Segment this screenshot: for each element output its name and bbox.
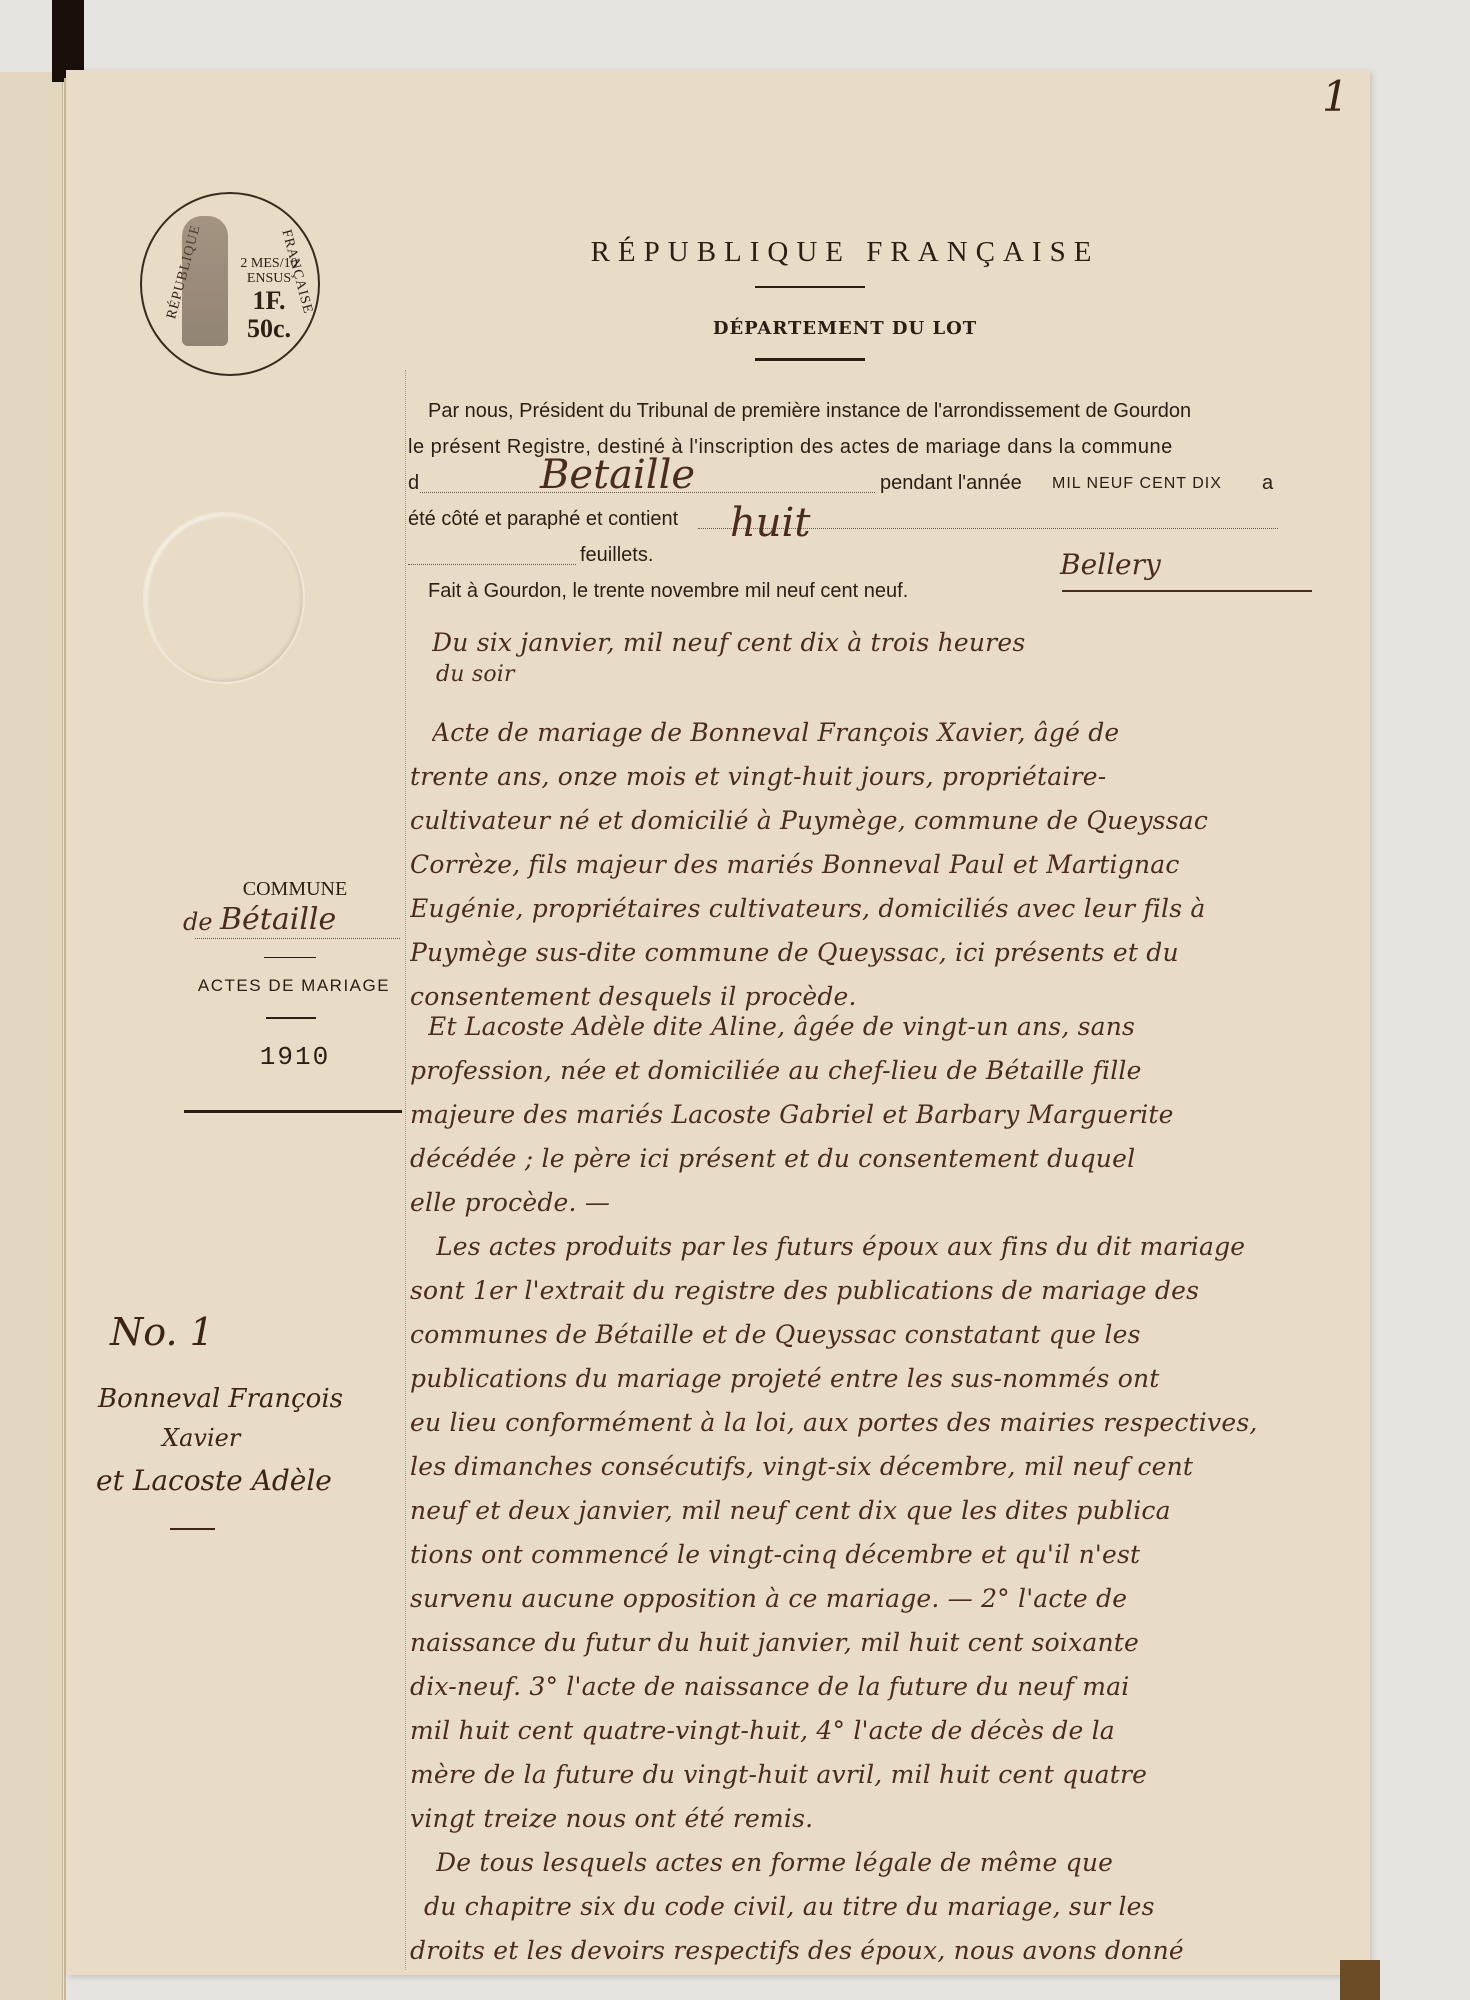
body-line: profession, née et domiciliée au chef-li… (410, 1056, 1350, 1085)
body-line: Acte de mariage de Bonneval François Xav… (432, 718, 1372, 747)
entry-groom-line-1: Bonneval François (98, 1384, 343, 1414)
commune-name-handwritten: Bétaille (220, 902, 336, 937)
body-line: eu lieu conformément à la loi, aux porte… (410, 1408, 1350, 1437)
stamp-value: 2 MES/10 ENSUS 1F. 50c. (238, 256, 300, 344)
stamp-value-mid: ENSUS (238, 271, 300, 286)
facing-left-page (0, 72, 63, 2000)
certification-line-2: le présent Registre, destiné à l'inscrip… (408, 436, 1173, 459)
body-line: trente ans, onze mois et vingt-huit jour… (410, 762, 1350, 791)
body-line: sont 1er l'extrait du registre des publi… (410, 1276, 1350, 1305)
margin-divider-3 (184, 1110, 402, 1113)
body-line: majeure des mariés Lacoste Gabriel et Ba… (410, 1100, 1350, 1129)
body-line: naissance du futur du huit janvier, mil … (410, 1628, 1350, 1657)
sheet-count-handwritten: huit (730, 500, 810, 546)
body-line: Les actes produits par les futurs époux … (436, 1232, 1376, 1261)
body-line: De tous lesquels actes en forme légale d… (436, 1848, 1376, 1877)
body-line: publications du mariage projeté entre le… (410, 1364, 1350, 1393)
entry-underline (170, 1528, 215, 1530)
body-line: Et Lacoste Adèle dite Aline, âgée de vin… (428, 1012, 1368, 1041)
body-line: communes de Bétaille et de Queyssac cons… (410, 1320, 1350, 1349)
body-line: décédée ; le père ici présent et du cons… (410, 1144, 1350, 1173)
certification-line-3-end: a (1262, 472, 1273, 495)
justice-figure-icon (182, 216, 228, 346)
entry-number: No. 1 (110, 1310, 214, 1354)
certification-line-3-prefix: d (408, 472, 419, 495)
body-line: Eugénie, propriétaires cultivateurs, dom… (410, 894, 1350, 923)
margin-divider-1 (264, 957, 316, 958)
body-line: droits et les devoirs respectifs des épo… (410, 1936, 1350, 1965)
certification-line-1: Par nous, Président du Tribunal de premi… (428, 400, 1191, 423)
body-line: vingt treize nous ont été remis. (410, 1804, 1350, 1833)
body-line: cultivateur né et domicilié à Puymège, c… (410, 806, 1350, 835)
president-signature: Bellery (1060, 548, 1161, 581)
body-line: du soir (436, 662, 1376, 687)
commune-handwritten: Betaille (540, 452, 695, 498)
entry-groom-line-2: Xavier (162, 1424, 240, 1452)
margin-rule (405, 370, 407, 1970)
body-line: les dimanches consécutifs, vingt-six déc… (410, 1452, 1350, 1481)
body-line: elle procède. — (410, 1188, 1350, 1217)
body-line: consentement desquels il procède. (410, 982, 1350, 1011)
body-line: du chapitre six du code civil, au titre … (424, 1892, 1364, 1921)
embossed-seal-icon (143, 512, 305, 684)
commune-dotline (195, 938, 400, 939)
stamp-value-top: 2 MES/10 (238, 256, 300, 271)
body-line: Puymège sus-dite commune de Queyssac, ic… (410, 938, 1350, 967)
fiscal-stamp-icon: RÉPUBLIQUE FRANÇAISE 2 MES/10 ENSUS 1F. … (140, 192, 320, 376)
register-type: ACTES DE MARIAGE (184, 976, 404, 996)
body-line: mère de la future du vingt-huit avril, m… (410, 1760, 1350, 1789)
department-heading: DÉPARTEMENT DU LOT (640, 318, 1050, 339)
certification-year: MIL NEUF CENT DIX (1052, 475, 1222, 493)
entry-bride-line: et Lacoste Adèle (96, 1464, 332, 1497)
sheets-fill-line (408, 564, 576, 565)
signature-flourish (1062, 590, 1312, 592)
body-line: mil huit cent quatre-vingt-huit, 4° l'ac… (410, 1716, 1350, 1745)
body-line: Du six janvier, mil neuf cent dix à troi… (432, 628, 1372, 657)
department-divider (755, 358, 865, 361)
body-line: survenu aucune opposition à ce mariage. … (410, 1584, 1350, 1613)
page-title: RÉPUBLIQUE FRANÇAISE (535, 236, 1155, 269)
stamp-price-2: 50c. (238, 315, 300, 344)
body-line: tions ont commencé le vingt-cinq décembr… (410, 1540, 1350, 1569)
folio-number: 1 (1322, 72, 1349, 121)
register-year: 1910 (200, 1042, 390, 1072)
body-line: neuf et deux janvier, mil neuf cent dix … (410, 1496, 1350, 1525)
page-corner-tab (1340, 1960, 1380, 2000)
certification-line-4: été côté et paraphé et contient (408, 508, 678, 531)
commune-label: COMMUNE (200, 878, 390, 901)
certification-year-label: pendant l'année (880, 472, 1022, 495)
body-line: Corrèze, fils majeur des mariés Bonneval… (410, 850, 1350, 879)
title-divider (755, 286, 865, 288)
stamp-price-1: 1F. (238, 287, 300, 316)
commune-prefix: de (183, 908, 213, 936)
certification-line-6: Fait à Gourdon, le trente novembre mil n… (428, 580, 908, 603)
margin-divider-2 (266, 1017, 316, 1019)
certification-line-5: feuillets. (580, 544, 653, 567)
body-line: dix-neuf. 3° l'acte de naissance de la f… (410, 1672, 1350, 1701)
